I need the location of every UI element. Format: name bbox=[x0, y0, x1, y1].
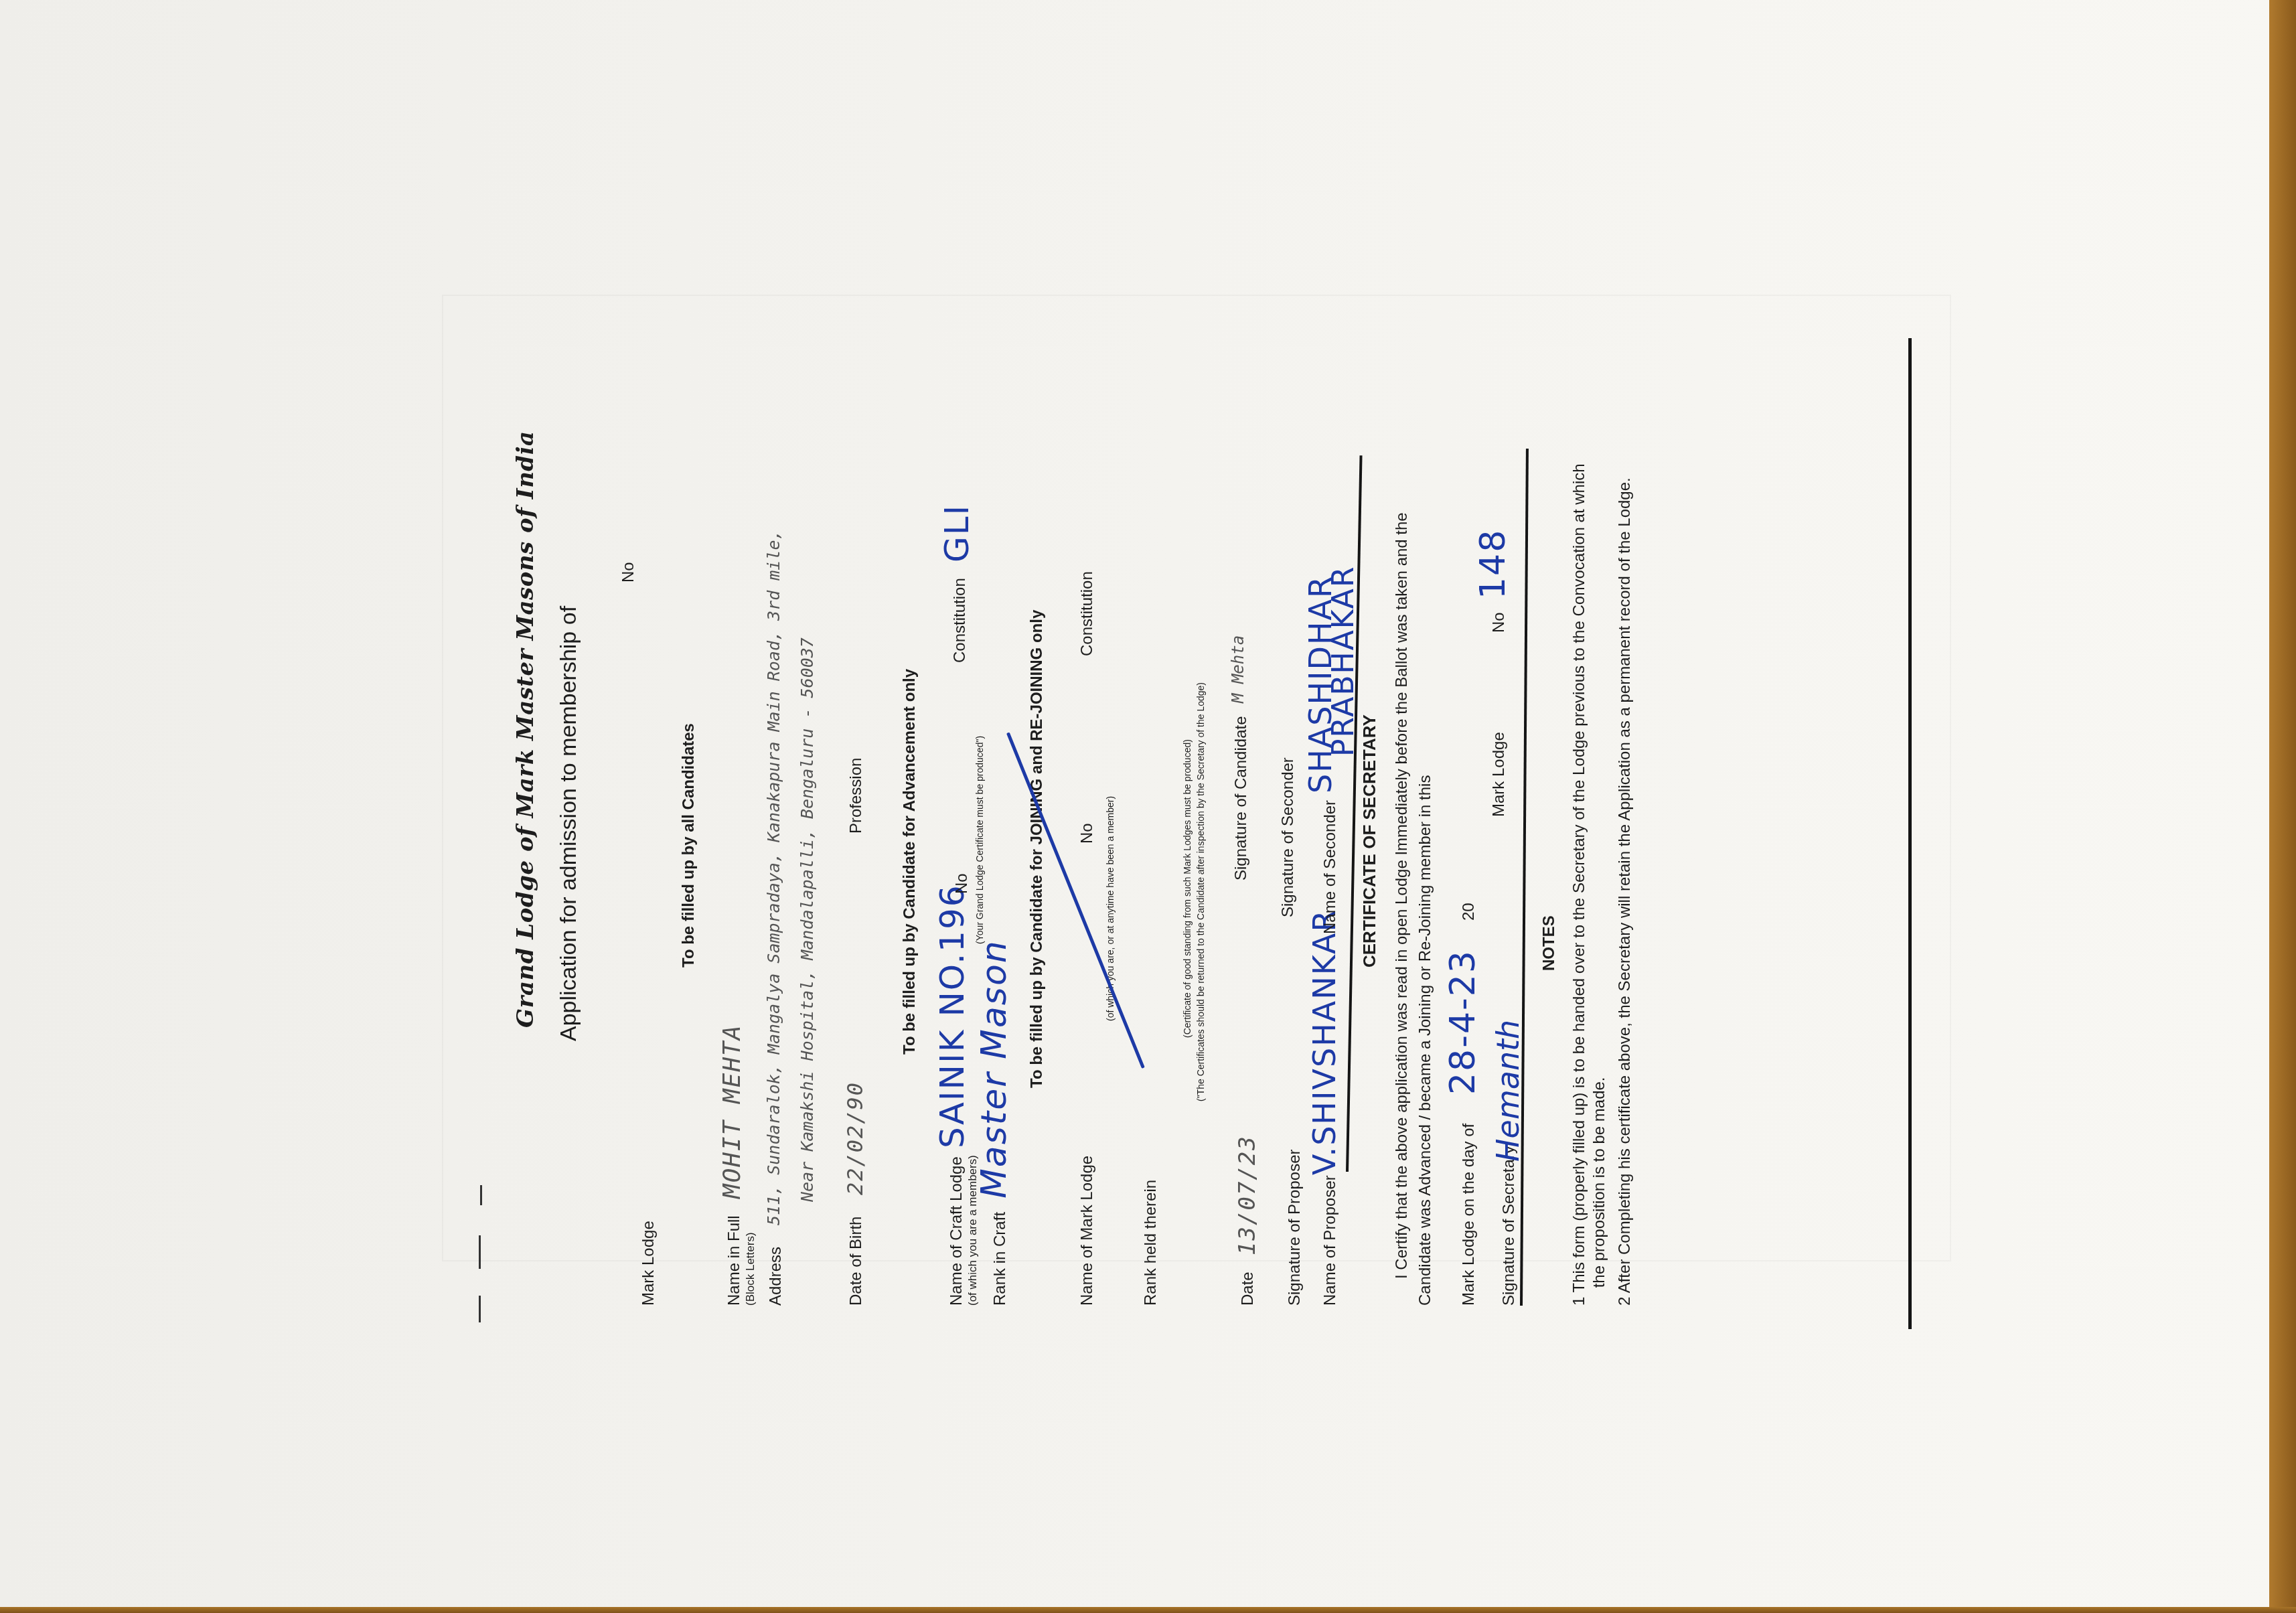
table-edge-bottom bbox=[0, 1607, 2296, 1613]
candidate-signature-label: Signature of Candidate bbox=[1232, 716, 1251, 880]
section-joining: To be filled up by Candidate for JOINING… bbox=[1028, 610, 1047, 1088]
top-dash bbox=[479, 1296, 481, 1322]
secretary-text-2: Candidate was Advanced / became a Joinin… bbox=[1416, 775, 1435, 1306]
joining-constitution-label: Constitution bbox=[1078, 571, 1097, 656]
seconder-name-label: Name of Seconder bbox=[1321, 800, 1340, 934]
section-advancement: To be filled up by Candidate for Advance… bbox=[901, 669, 919, 1055]
dob-label: Date of Birth bbox=[847, 1217, 866, 1306]
joining-no-label: No bbox=[1078, 823, 1097, 844]
proposer-signature-label: Signature of Proposer bbox=[1286, 1150, 1304, 1306]
craft-lodge-label: Name of Craft Lodge bbox=[947, 1156, 966, 1306]
table-edge bbox=[2269, 0, 2296, 1613]
secretary-mark-lodge-label: Mark Lodge bbox=[1490, 732, 1509, 817]
date-value[interactable]: 13/07/23 bbox=[1234, 1135, 1261, 1255]
note-item: 2 After Completing his certificate above… bbox=[1616, 477, 1634, 1306]
dob-value[interactable]: 22/02/90 bbox=[842, 1081, 868, 1195]
note-item: 1 This form (properly filled up) is to b… bbox=[1570, 463, 1589, 1306]
mark-lodge-label: Mark Lodge bbox=[639, 1221, 658, 1306]
divider-rule-2 bbox=[1520, 449, 1529, 1306]
secretary-heading: CERTIFICATE OF SECRETARY bbox=[1359, 714, 1380, 968]
craft-lodge-value[interactable]: SAINIK NO.196 bbox=[933, 884, 972, 1148]
seconder-signature-label: Signature of Seconder bbox=[1279, 757, 1298, 917]
rank-craft-label: Rank in Craft bbox=[991, 1212, 1010, 1306]
form-title: Grand Lodge of Mark Master Masons of Ind… bbox=[512, 431, 539, 1028]
rank-held-label: Rank held therein bbox=[1142, 1180, 1160, 1306]
notes-heading: NOTES bbox=[1540, 915, 1559, 971]
top-dash bbox=[480, 1185, 482, 1205]
form-subtitle: Application for admission to membership … bbox=[556, 606, 582, 1041]
address-line1[interactable]: 511, Sundaralok, Mangalya Sampradaya, Ka… bbox=[764, 530, 783, 1225]
note-item: the proposition is to be made. bbox=[1590, 1077, 1609, 1306]
name-sublabel: (Block Letters) bbox=[744, 1232, 757, 1306]
constitution-label: Constitution bbox=[951, 578, 970, 663]
proposer-name-label: Name of Proposer bbox=[1321, 1175, 1340, 1306]
header-no-label: No bbox=[619, 562, 638, 583]
secretary-no-label: No bbox=[1490, 612, 1509, 633]
mark-lodge-day-label: Mark Lodge on the day of bbox=[1460, 1124, 1478, 1306]
candidate-signature-value[interactable]: M Mehta bbox=[1229, 635, 1247, 703]
address-label: Address bbox=[767, 1247, 785, 1306]
secretary-signature-label: Signature of Secretary bbox=[1500, 1146, 1519, 1306]
year-label: 20 bbox=[1460, 903, 1478, 921]
day-value[interactable]: 28-4-23 bbox=[1443, 949, 1483, 1095]
name-value[interactable]: MOHIT MEHTA bbox=[718, 1024, 746, 1199]
certificate-note: (Your Grand Lodge Certificate must be pr… bbox=[974, 736, 985, 944]
strike-through-line bbox=[1006, 732, 1145, 1069]
section-all-candidates: To be filled up by all Candidates bbox=[680, 723, 698, 968]
cert-note-1: (Certificate of good standing from such … bbox=[1182, 739, 1193, 1038]
profession-label: Profession bbox=[847, 758, 866, 834]
cert-note-2: ("The Certificates should be returned to… bbox=[1195, 682, 1206, 1101]
application-form: Grand Lodge of Mark Master Masons of Ind… bbox=[439, 298, 1952, 1342]
craft-lodge-no-label: No bbox=[953, 873, 972, 894]
secretary-text-1: I Certify that the above application was… bbox=[1393, 512, 1411, 1279]
top-dash bbox=[479, 1235, 481, 1269]
bottom-rule bbox=[1908, 338, 1912, 1329]
date-label: Date bbox=[1239, 1272, 1257, 1306]
address-line2[interactable]: Near Kamakshi Hospital, Mandalapalli, Be… bbox=[797, 637, 817, 1202]
rank-craft-value[interactable]: Master Mason bbox=[974, 939, 1014, 1199]
proposer-name-value[interactable]: V.SHIVSHANKAR bbox=[1306, 909, 1343, 1175]
mark-lodge-name-label: Name of Mark Lodge bbox=[1078, 1156, 1097, 1306]
constitution-value[interactable]: GLI bbox=[937, 504, 976, 562]
name-label: Name in Full bbox=[725, 1215, 744, 1306]
secretary-no-value[interactable]: 148 bbox=[1473, 529, 1513, 599]
